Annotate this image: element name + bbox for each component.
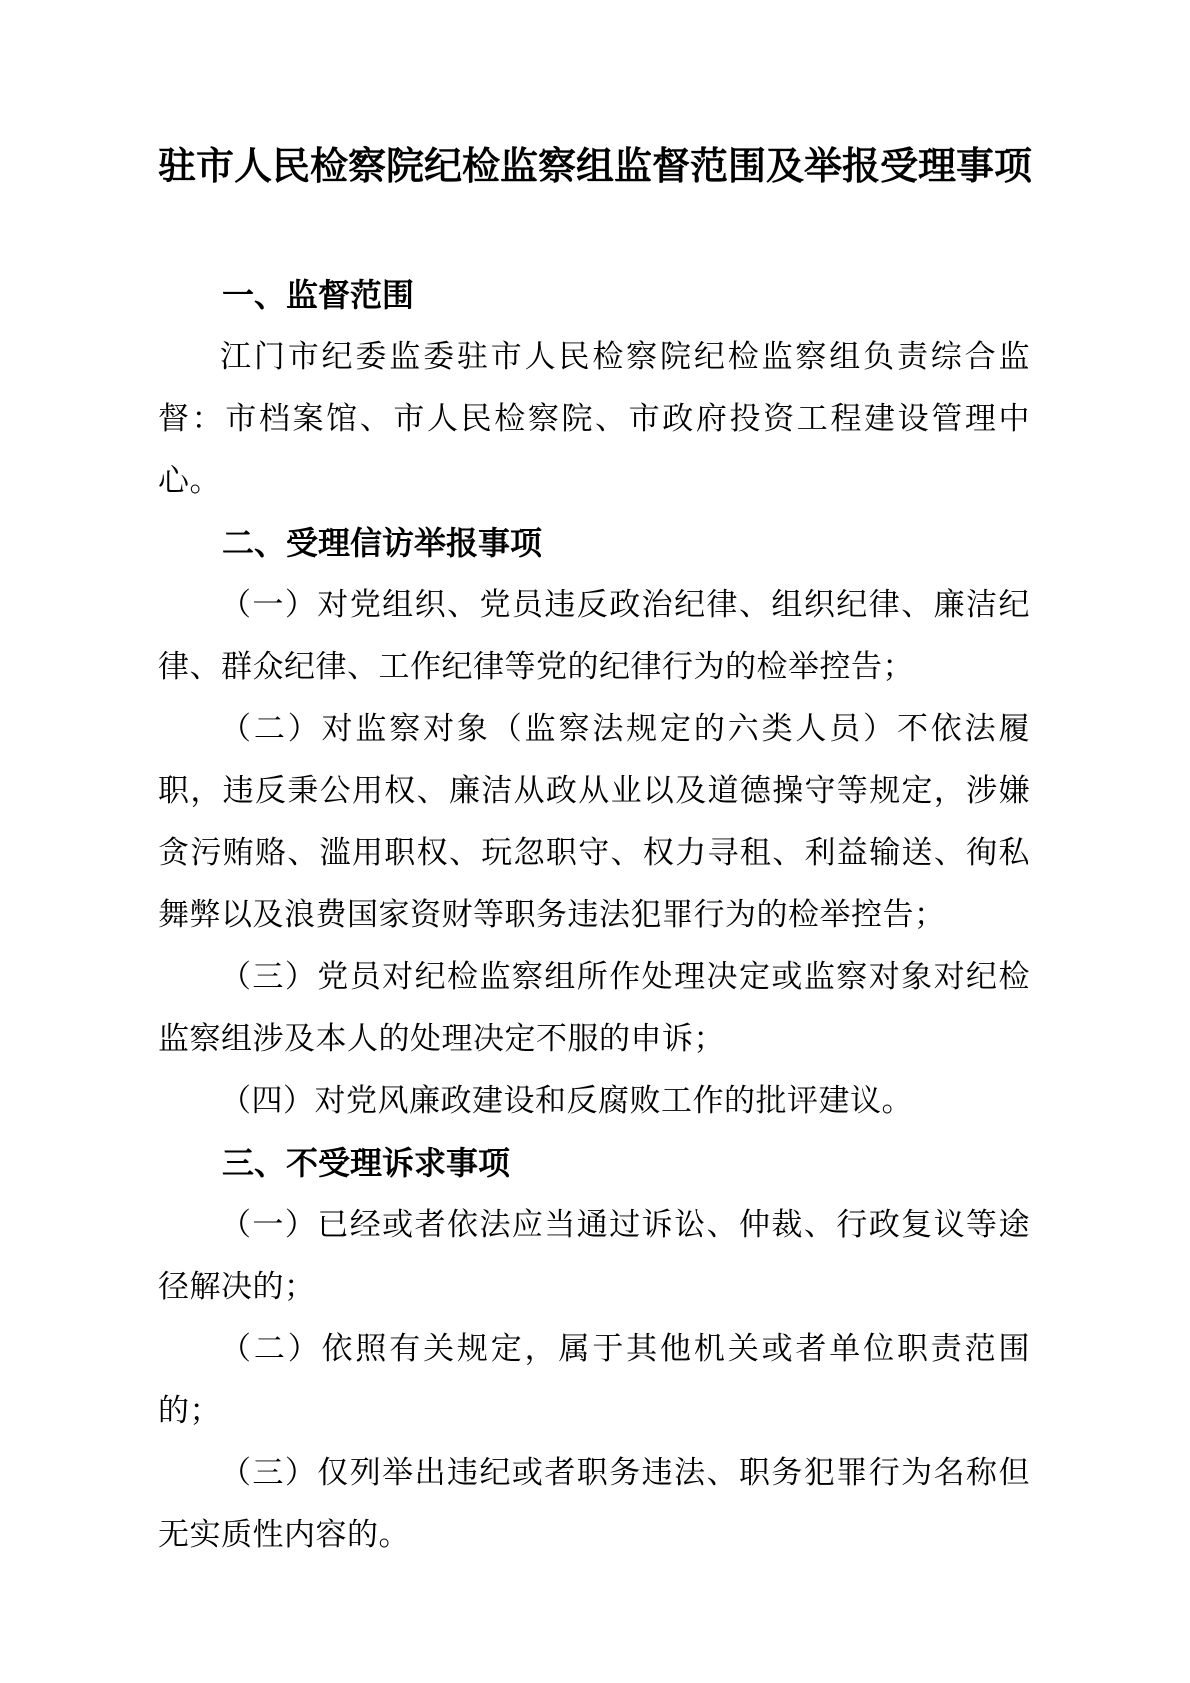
document-title: 驻市人民检察院纪检监察组监督范围及举报受理事项 [0,0,1190,198]
section-1-heading: 一、监督范围 [158,264,1030,326]
document-page: 驻市人民检察院纪检监察组监督范围及举报受理事项 一、监督范围 江门市纪委监委驻市… [0,0,1190,1683]
section-3-paragraph-3: （三）仅列举出违纪或者职务违法、职务犯罪行为名称但无实质性内容的。 [158,1442,1030,1566]
section-2-paragraph-3: （三）党员对纪检监察组所作处理决定或监察对象对纪检监察组涉及本人的处理决定不服的… [158,946,1030,1070]
document-body: 一、监督范围 江门市纪委监委驻市人民检察院纪检监察组负责综合监督：市档案馆、市人… [0,264,1190,1566]
section-3-heading: 三、不受理诉求事项 [158,1132,1030,1194]
section-1-paragraph-1: 江门市纪委监委驻市人民检察院纪检监察组负责综合监督：市档案馆、市人民检察院、市政… [158,326,1030,512]
section-2-paragraph-1: （一）对党组织、党员违反政治纪律、组织纪律、廉洁纪律、群众纪律、工作纪律等党的纪… [158,574,1030,698]
section-2-paragraph-2: （二）对监察对象（监察法规定的六类人员）不依法履职，违反秉公用权、廉洁从政从业以… [158,698,1030,946]
section-2-heading: 二、受理信访举报事项 [158,512,1030,574]
section-3-paragraph-2: （二）依照有关规定，属于其他机关或者单位职责范围的； [158,1318,1030,1442]
section-2-paragraph-4: （四）对党风廉政建设和反腐败工作的批评建议。 [158,1070,1030,1132]
section-3-paragraph-1: （一）已经或者依法应当通过诉讼、仲裁、行政复议等途径解决的； [158,1194,1030,1318]
